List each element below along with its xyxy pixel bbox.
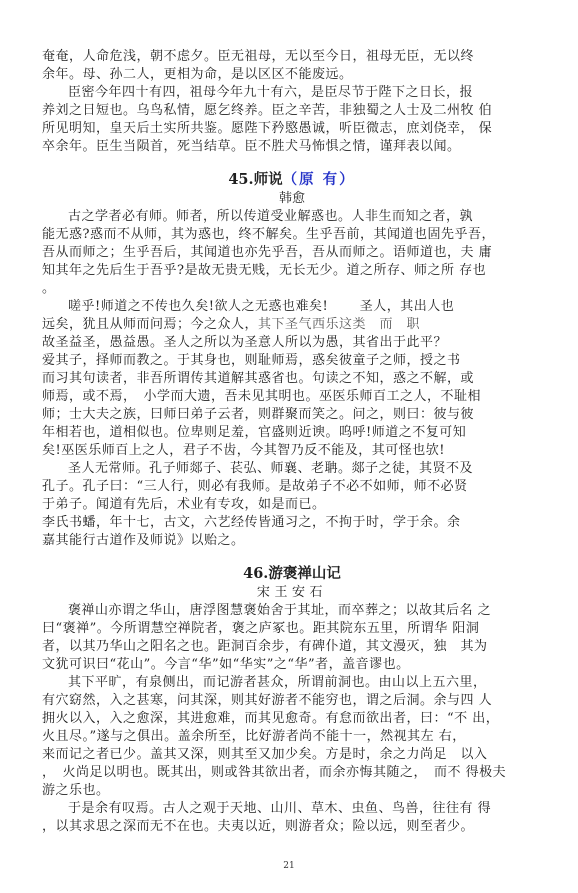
- paragraph-chenqingbiao-final: 臣密今年四十有四，祖母今年九十有六，是臣尽节于陛下之日长，报 养刘之日短也。乌鸟…: [42, 84, 542, 156]
- section-45-title: 45.师说: [228, 171, 282, 188]
- author-hanyu: 韩愈: [42, 190, 542, 208]
- section-45-note: （原 有）: [283, 171, 356, 188]
- page-content: 奄奄，人命危浅，朝不虑夕。臣无祖母，无以至今日，祖母无臣，无以终 余年。母、孙二…: [42, 48, 542, 836]
- paragraph-youbaochanshan-2: 其下平旷，有泉侧出，而记游者甚众，所谓前洞也。由山以上五六里， 有穴窈然，入之甚…: [42, 674, 542, 800]
- paragraph-youbaochanshan-1: 褒禅山亦谓之华山，唐浮图慧褒始舍于其址，而卒葬之；以故其后名 之 曰“褒禅”。今…: [42, 602, 542, 674]
- paragraph-shishuo-4: 李氏书蟠，年十七，古文，六艺经传皆通习之，不拘于时，学于余。余 嘉其能行古道作及…: [42, 514, 542, 550]
- paragraph-youbaochanshan-3: 于是余有叹焉。古人之观于天地、山川、草木、虫鱼、鸟兽，往往有 得 ，以其求思之深…: [42, 800, 542, 836]
- shishuo-2-part3: 故圣益圣，愚益愚。圣人之所以为圣意人所以为愚，其省出于此平？ 爱其子，择师而教之…: [42, 335, 481, 458]
- paragraph-shishuo-1: 古之学者必有师。师者，所以传道受业解惑也。人非生而知之者，孰 能无惑?惑而不从师…: [42, 208, 542, 298]
- section-heading-46: 46.游褒禅山记: [42, 564, 542, 584]
- page-number: 21: [0, 861, 578, 871]
- paragraph-shishuo-3: 圣人无常师。孔子师郯子、苌弘、师襄、老聃。郯子之徒，其贤不及 孔子。孔子曰：“三…: [42, 460, 542, 514]
- paragraph-shishuo-2: 嗟乎!师道之不传也久矣!欲人之无惑也难矣! 圣人，其出人也 远矣，犹且从师而问焉…: [42, 298, 542, 460]
- paragraph-chenqingbiao-continuation: 奄奄，人命危浅，朝不虑夕。臣无祖母，无以至今日，祖母无臣，无以终 余年。母、孙二…: [42, 48, 542, 84]
- author-wanganshi: 宋王安石: [42, 584, 542, 602]
- section-heading-45: 45.师说（原 有）: [42, 170, 542, 190]
- section-46-title: 46.游褒禅山记: [243, 565, 341, 582]
- document-page: 奄奄，人命危浅，朝不虑夕。臣无祖母，无以至今日，祖母无臣，无以终 余年。母、孙二…: [0, 0, 578, 893]
- shishuo-2-gray-run: 其下圣气西乐这类 而 职: [258, 317, 420, 332]
